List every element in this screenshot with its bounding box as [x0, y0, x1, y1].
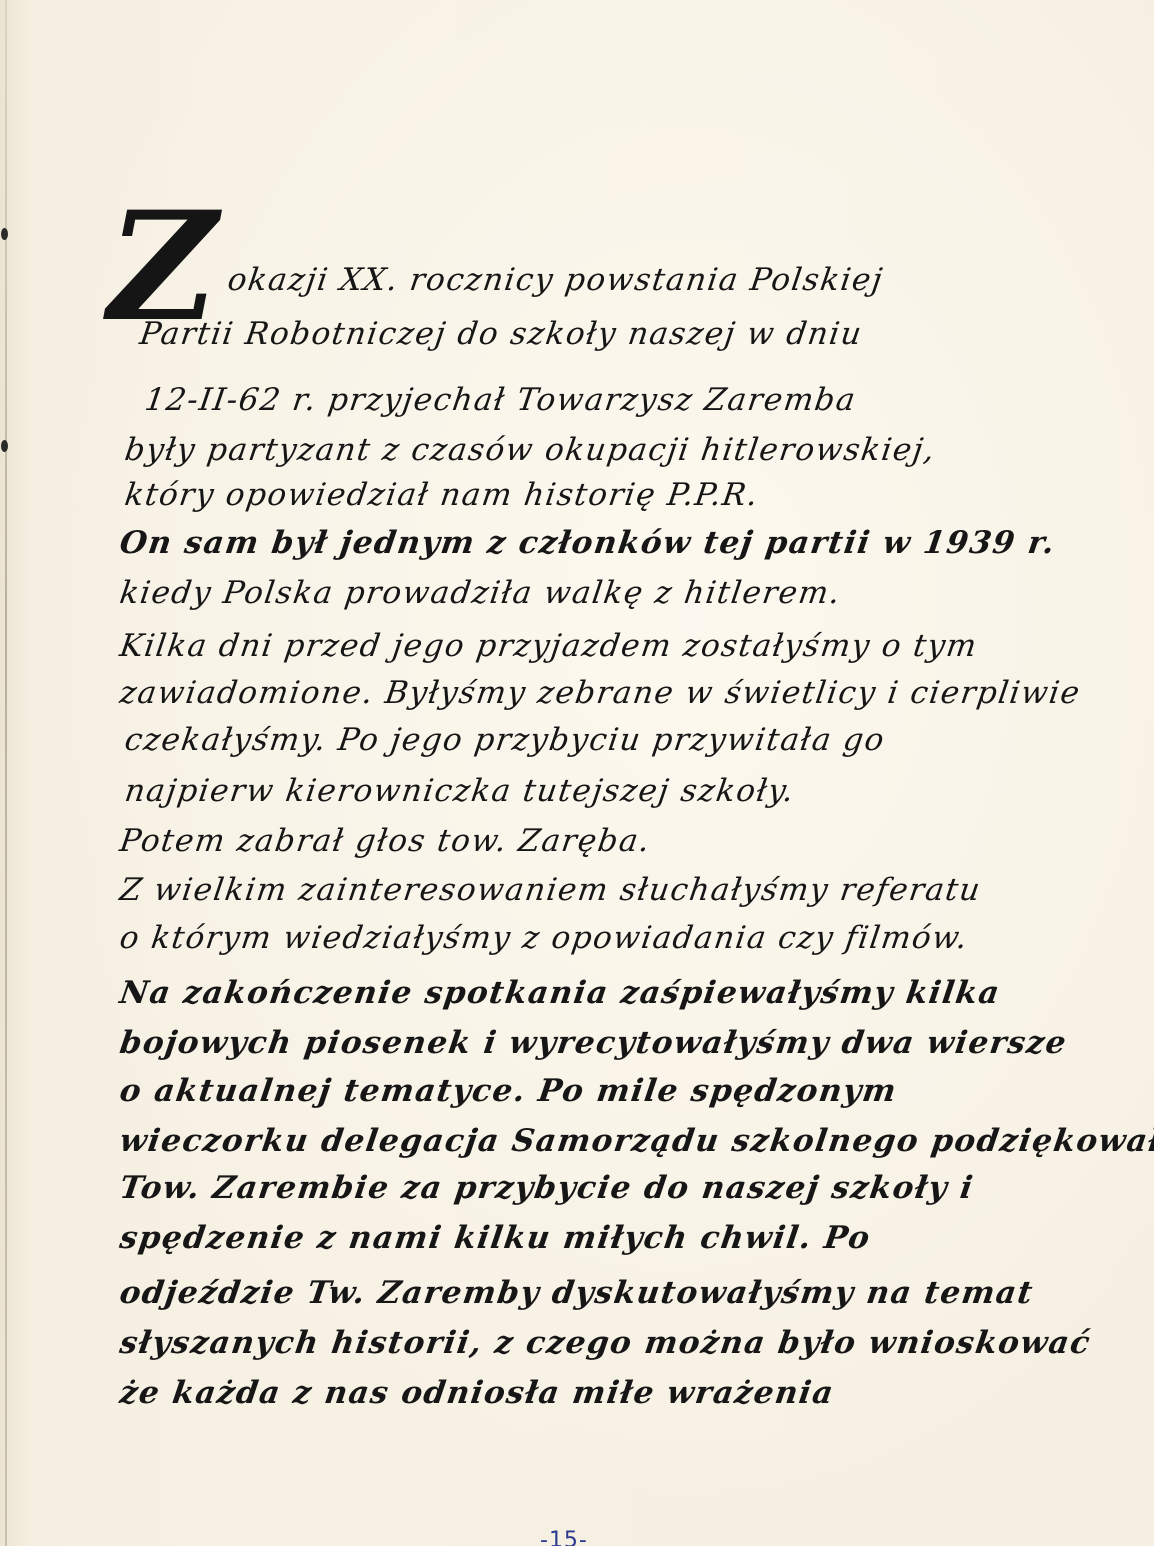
handwritten-line: okazji XX. rocznicy powstania Polskiej [225, 262, 885, 298]
handwritten-line: Potem zabrał głos tow. Zaręba. [117, 823, 653, 859]
handwritten-line: Na zakończenie spotkania zaśpiewałyśmy k… [117, 975, 1002, 1011]
binding-stitch-mark [1, 440, 8, 452]
handwritten-line: który opowiedział nam historię P.P.R. [122, 477, 761, 513]
handwritten-line: Partii Robotniczej do szkoły naszej w dn… [137, 316, 864, 352]
handwritten-line: były partyzant z czasów okupacji hitlero… [122, 432, 937, 468]
handwritten-line: że każda z nas odniosła miłe wrażenia [117, 1375, 836, 1411]
handwritten-line: o aktualnej tematyce. Po mile spędzonym [117, 1073, 899, 1109]
handwritten-line: spędzenie z nami kilku miłych chwil. Po [117, 1220, 873, 1256]
handwritten-line: Tow. Zarembie za przybycie do naszej szk… [117, 1170, 976, 1206]
handwritten-line: słyszanych historii, z czego można było … [117, 1325, 1093, 1361]
handwritten-line: o którym wiedziałyśmy z opowiadania czy … [117, 920, 970, 956]
handwritten-line: Kilka dni przed jego przyjazdem zostałyś… [117, 628, 979, 664]
page-number: -15- [540, 1528, 588, 1546]
handwritten-line: odjeździe Tw. Zaremby dyskutowałyśmy na … [117, 1275, 1035, 1311]
document-page: Z okazji XX. rocznicy powstania Polskiej… [0, 0, 1154, 1546]
binding-stitch-mark [1, 228, 8, 240]
handwritten-line: kiedy Polska prowadziła walkę z hitlerem… [117, 575, 843, 611]
handwritten-line: 12-II-62 r. przyjechał Towarzysz Zaremba [142, 382, 858, 418]
handwritten-line: najpierw kierowniczka tutejszej szkoły. [122, 773, 797, 809]
handwritten-line: Z wielkim zainteresowaniem słuchałyśmy r… [117, 872, 983, 908]
handwritten-line: On sam był jednym z członków tej partii … [117, 525, 1057, 561]
handwritten-line: bojowych piosenek i wyrecytowałyśmy dwa … [117, 1025, 1069, 1061]
handwritten-line: wieczorku delegacja Samorządu szkolnego … [117, 1123, 1154, 1159]
handwritten-line: zawiadomione. Byłyśmy zebrane w świetlic… [117, 675, 1083, 711]
handwritten-line: czekałyśmy. Po jego przybyciu przywitała… [122, 722, 887, 758]
